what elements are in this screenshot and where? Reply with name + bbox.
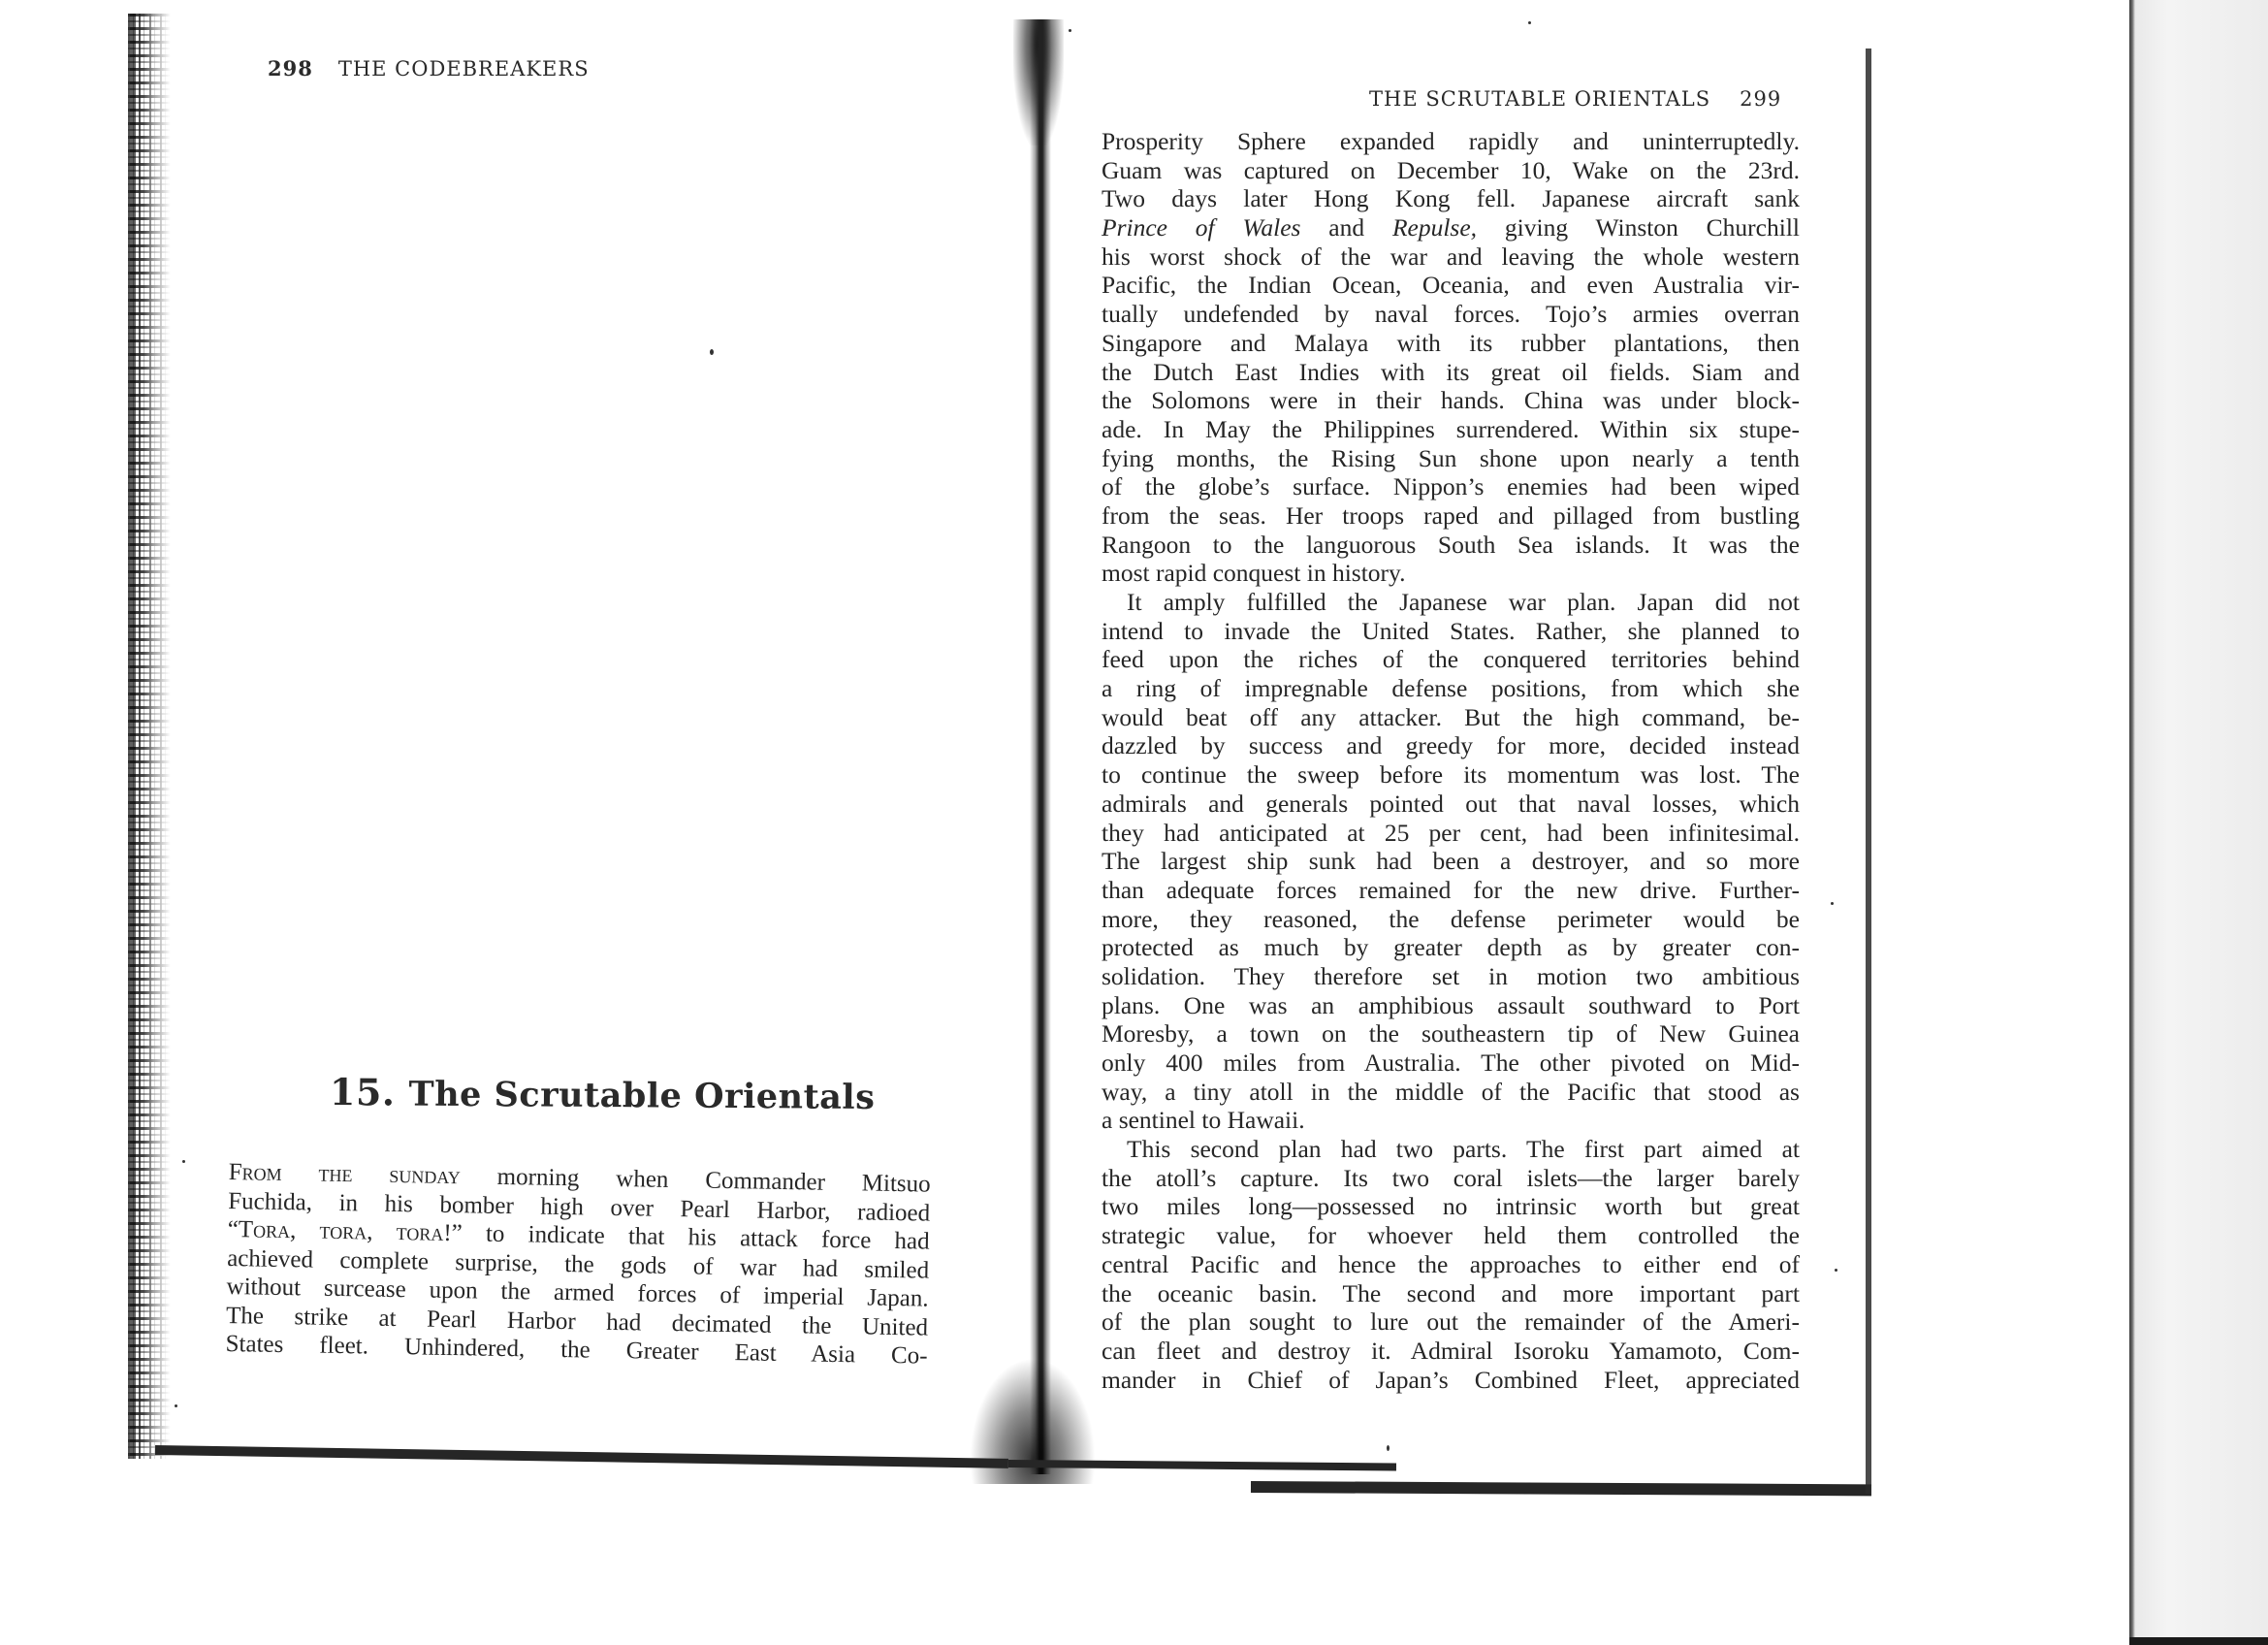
text-line: only 400 miles from Australia. The other… <box>1102 1048 1800 1078</box>
text-line: Rangoon to the languorous South Sea isla… <box>1102 531 1800 560</box>
text-line: strategic value, for whoever held them c… <box>1102 1221 1800 1250</box>
text-line: the Solomons were in their hands. China … <box>1102 386 1800 415</box>
scanner-shadow-edge <box>2129 0 2268 1645</box>
text-line: Guam was captured on December 10, Wake o… <box>1102 156 1800 185</box>
scan-speck <box>710 349 714 355</box>
scan-speck <box>1528 21 1531 24</box>
text-line: plans. One was an amphibious assault sou… <box>1102 991 1800 1020</box>
text-line: a ring of impregnable defense positions,… <box>1102 674 1800 703</box>
text-line: dazzled by success and greedy for more, … <box>1102 731 1800 760</box>
text-line: two miles long—possessed no intrinsic wo… <box>1102 1192 1800 1221</box>
text-line: The largest ship sunk had been a destroy… <box>1102 847 1800 876</box>
paragraph-start: It amply fulfilled the Japanese war plan… <box>1102 588 1800 617</box>
chapter-running-title: THE SCRUTABLE ORIENTALS <box>1369 87 1710 111</box>
text-line: the atoll’s capture. Its two coral islet… <box>1102 1164 1800 1193</box>
left-running-head: 298THE CODEBREAKERS <box>268 56 590 81</box>
scan-speck <box>175 1404 177 1407</box>
right-page-bottom-edge <box>1251 1481 1871 1496</box>
text-line: his worst shock of the war and leaving t… <box>1102 242 1800 272</box>
text-line: solidation. They therefore set in motion… <box>1102 962 1800 991</box>
text-line: fying months, the Rising Sun shone upon … <box>1102 444 1800 473</box>
text-line: feed upon the riches of the conquered te… <box>1102 645 1800 674</box>
text-line: Pacific, the Indian Ocean, Oceania, and … <box>1102 271 1800 300</box>
text-line: of the globe’s surface. Nippon’s enemies… <box>1102 472 1800 501</box>
text-line: ade. In May the Philippines surrendered.… <box>1102 415 1800 444</box>
chapter-heading: 15.The Scrutable Orientals <box>330 1070 876 1117</box>
text-line: central Pacific and hence the approaches… <box>1102 1250 1800 1279</box>
text-line: protected as much by greater depth as by… <box>1102 933 1800 962</box>
text-line: tually undefended by naval forces. Tojo’… <box>1102 300 1800 329</box>
text-line: than adequate forces remained for the ne… <box>1102 876 1800 905</box>
scan-speck <box>1831 902 1834 905</box>
left-page-bottom-edge <box>155 1445 1008 1468</box>
book-title: THE CODEBREAKERS <box>338 57 590 81</box>
scan-speck <box>1069 29 1071 32</box>
right-running-head: THE SCRUTABLE ORIENTALS299 <box>1369 87 1781 111</box>
text-line: the Dutch East Indies with its great oil… <box>1102 358 1800 387</box>
text-line: Prince of Wales and Repulse, giving Wins… <box>1102 213 1800 242</box>
text-line: Prosperity Sphere expanded rapidly and u… <box>1102 127 1800 156</box>
page-number-left: 298 <box>268 56 313 81</box>
text-line: intend to invade the United States. Rath… <box>1102 617 1800 646</box>
text-line: a sentinel to Hawaii. <box>1102 1106 1800 1135</box>
chapter-title: The Scrutable Orientals <box>408 1075 875 1117</box>
page-number-right: 299 <box>1740 87 1781 111</box>
left-body-text: From the sunday morning when Commander M… <box>225 1158 930 1371</box>
text-line: would beat off any attacker. But the hig… <box>1102 703 1800 732</box>
text-line: way, a tiny atoll in the middle of the P… <box>1102 1078 1800 1107</box>
text-line: Two days later Hong Kong fell. Japanese … <box>1102 184 1800 213</box>
text-line: they had anticipated at 25 per cent, had… <box>1102 819 1800 848</box>
text-line: admirals and generals pointed out that n… <box>1102 790 1800 819</box>
left-page-edge-speckle <box>128 14 171 1459</box>
text-line: mander in Chief of Japan’s Combined Flee… <box>1102 1366 1800 1395</box>
text-line: most rapid conquest in history. <box>1102 559 1800 588</box>
text-line: from the seas. Her troops raped and pill… <box>1102 501 1800 531</box>
scan-speck <box>182 1160 185 1163</box>
scan-speck <box>1835 1269 1837 1272</box>
scan-speck <box>1387 1445 1390 1451</box>
right-body-text: Prosperity Sphere expanded rapidly and u… <box>1102 127 1800 1394</box>
text-line: of the plan sought to lure out the remai… <box>1102 1307 1800 1337</box>
text-line: can fleet and destroy it. Admiral Isorok… <box>1102 1337 1800 1366</box>
chapter-number: 15. <box>330 1070 396 1113</box>
text-line: Moresby, a town on the southeastern tip … <box>1102 1019 1800 1048</box>
paragraph-start: This second plan had two parts. The firs… <box>1102 1135 1800 1164</box>
text-line: Singapore and Malaya with its rubber pla… <box>1102 329 1800 358</box>
text-line: the oceanic basin. The second and more i… <box>1102 1279 1800 1308</box>
text-line: more, they reasoned, the defense perimet… <box>1102 905 1800 934</box>
scanner-shadow-bottom <box>2129 1637 2268 1645</box>
text-line: to continue the sweep before its momentu… <box>1102 760 1800 790</box>
book-gutter <box>1030 19 1051 1474</box>
right-page-edge <box>1866 48 1871 1494</box>
